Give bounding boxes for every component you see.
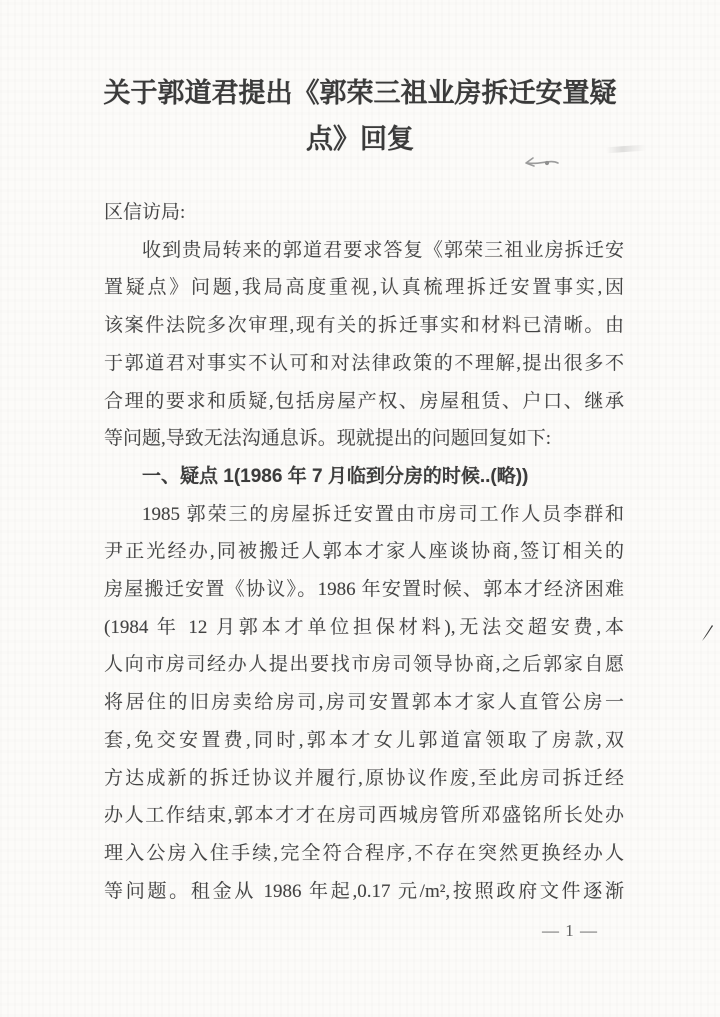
title-line-1: 关于郭道君提出《郭荣三祖业房拆迁安置疑 [96,70,624,116]
faint-pencil-smudge [606,145,646,154]
document-line: 等问题。租金从 1986 年起,0.17 元/m²,按照政府文件逐渐 [104,873,624,911]
pencil-scribble-mark [514,150,566,178]
document-line: 套,免交安置费,同时,郭本才女儿郭道富领取了房款,双 [104,722,624,760]
document-line: (1984 年 12 月郭本才单位担保材料),无法交超安费,本 [104,609,624,647]
salutation: 区信访局: [104,194,624,232]
document-line: 将居住的旧房卖给房司,房司安置郭本才家人直管公房一 [104,684,624,722]
page-number: — 1 — [542,921,642,941]
document-line: 收到贵局转来的郭道君要求答复《郭荣三祖业房拆迁安 [104,232,624,270]
pen-slash-mark [698,622,718,646]
document-line: 方达成新的拆迁协议并履行,原协议作废,至此房司拆迁经 [104,760,624,798]
document-body: 区信访局: 收到贵局转来的郭道君要求答复《郭荣三祖业房拆迁安 置疑点》问题,我局… [104,194,624,910]
document-line: 尹正光经办,同被搬迁人郭本才家人座谈协商,签订相关的 [104,533,624,571]
document-line: 于郭道君对事实不认可和对法律政策的不理解,提出很多不 [104,345,624,383]
scanned-document-page: 关于郭道君提出《郭荣三祖业房拆迁安置疑 点》回复 区信访局: 收到贵局转来的郭道… [0,0,720,1017]
document-line: 等问题,导致无法沟通息诉。现就提出的问题回复如下: [104,420,624,458]
document-title: 关于郭道君提出《郭荣三祖业房拆迁安置疑 点》回复 [96,70,624,162]
document-line: 理入公房入住手续,完全符合程序,不存在突然更换经办人 [104,835,624,873]
document-line: 1985 郭荣三的房屋拆迁安置由市房司工作人员李群和 [104,496,624,534]
document-line: 办人工作结束,郭本才才在房司西城房管所邓盛铭所长处办 [104,797,624,835]
section-heading: 一、疑点 1(1986 年 7 月临到分房的时候..(略)) [104,458,624,496]
document-line: 人向市房司经办人提出要找市房司领导协商,之后郭家自愿 [104,646,624,684]
document-line: 置疑点》问题,我局高度重视,认真梳理拆迁安置事实,因 [104,269,624,307]
document-line: 房屋搬迁安置《协议》。1986 年安置时候、郭本才经济困难 [104,571,624,609]
document-line: 该案件法院多次审理,现有关的拆迁事实和材料已清晰。由 [104,307,624,345]
document-line: 合理的要求和质疑,包括房屋产权、房屋租赁、户口、继承 [104,383,624,421]
